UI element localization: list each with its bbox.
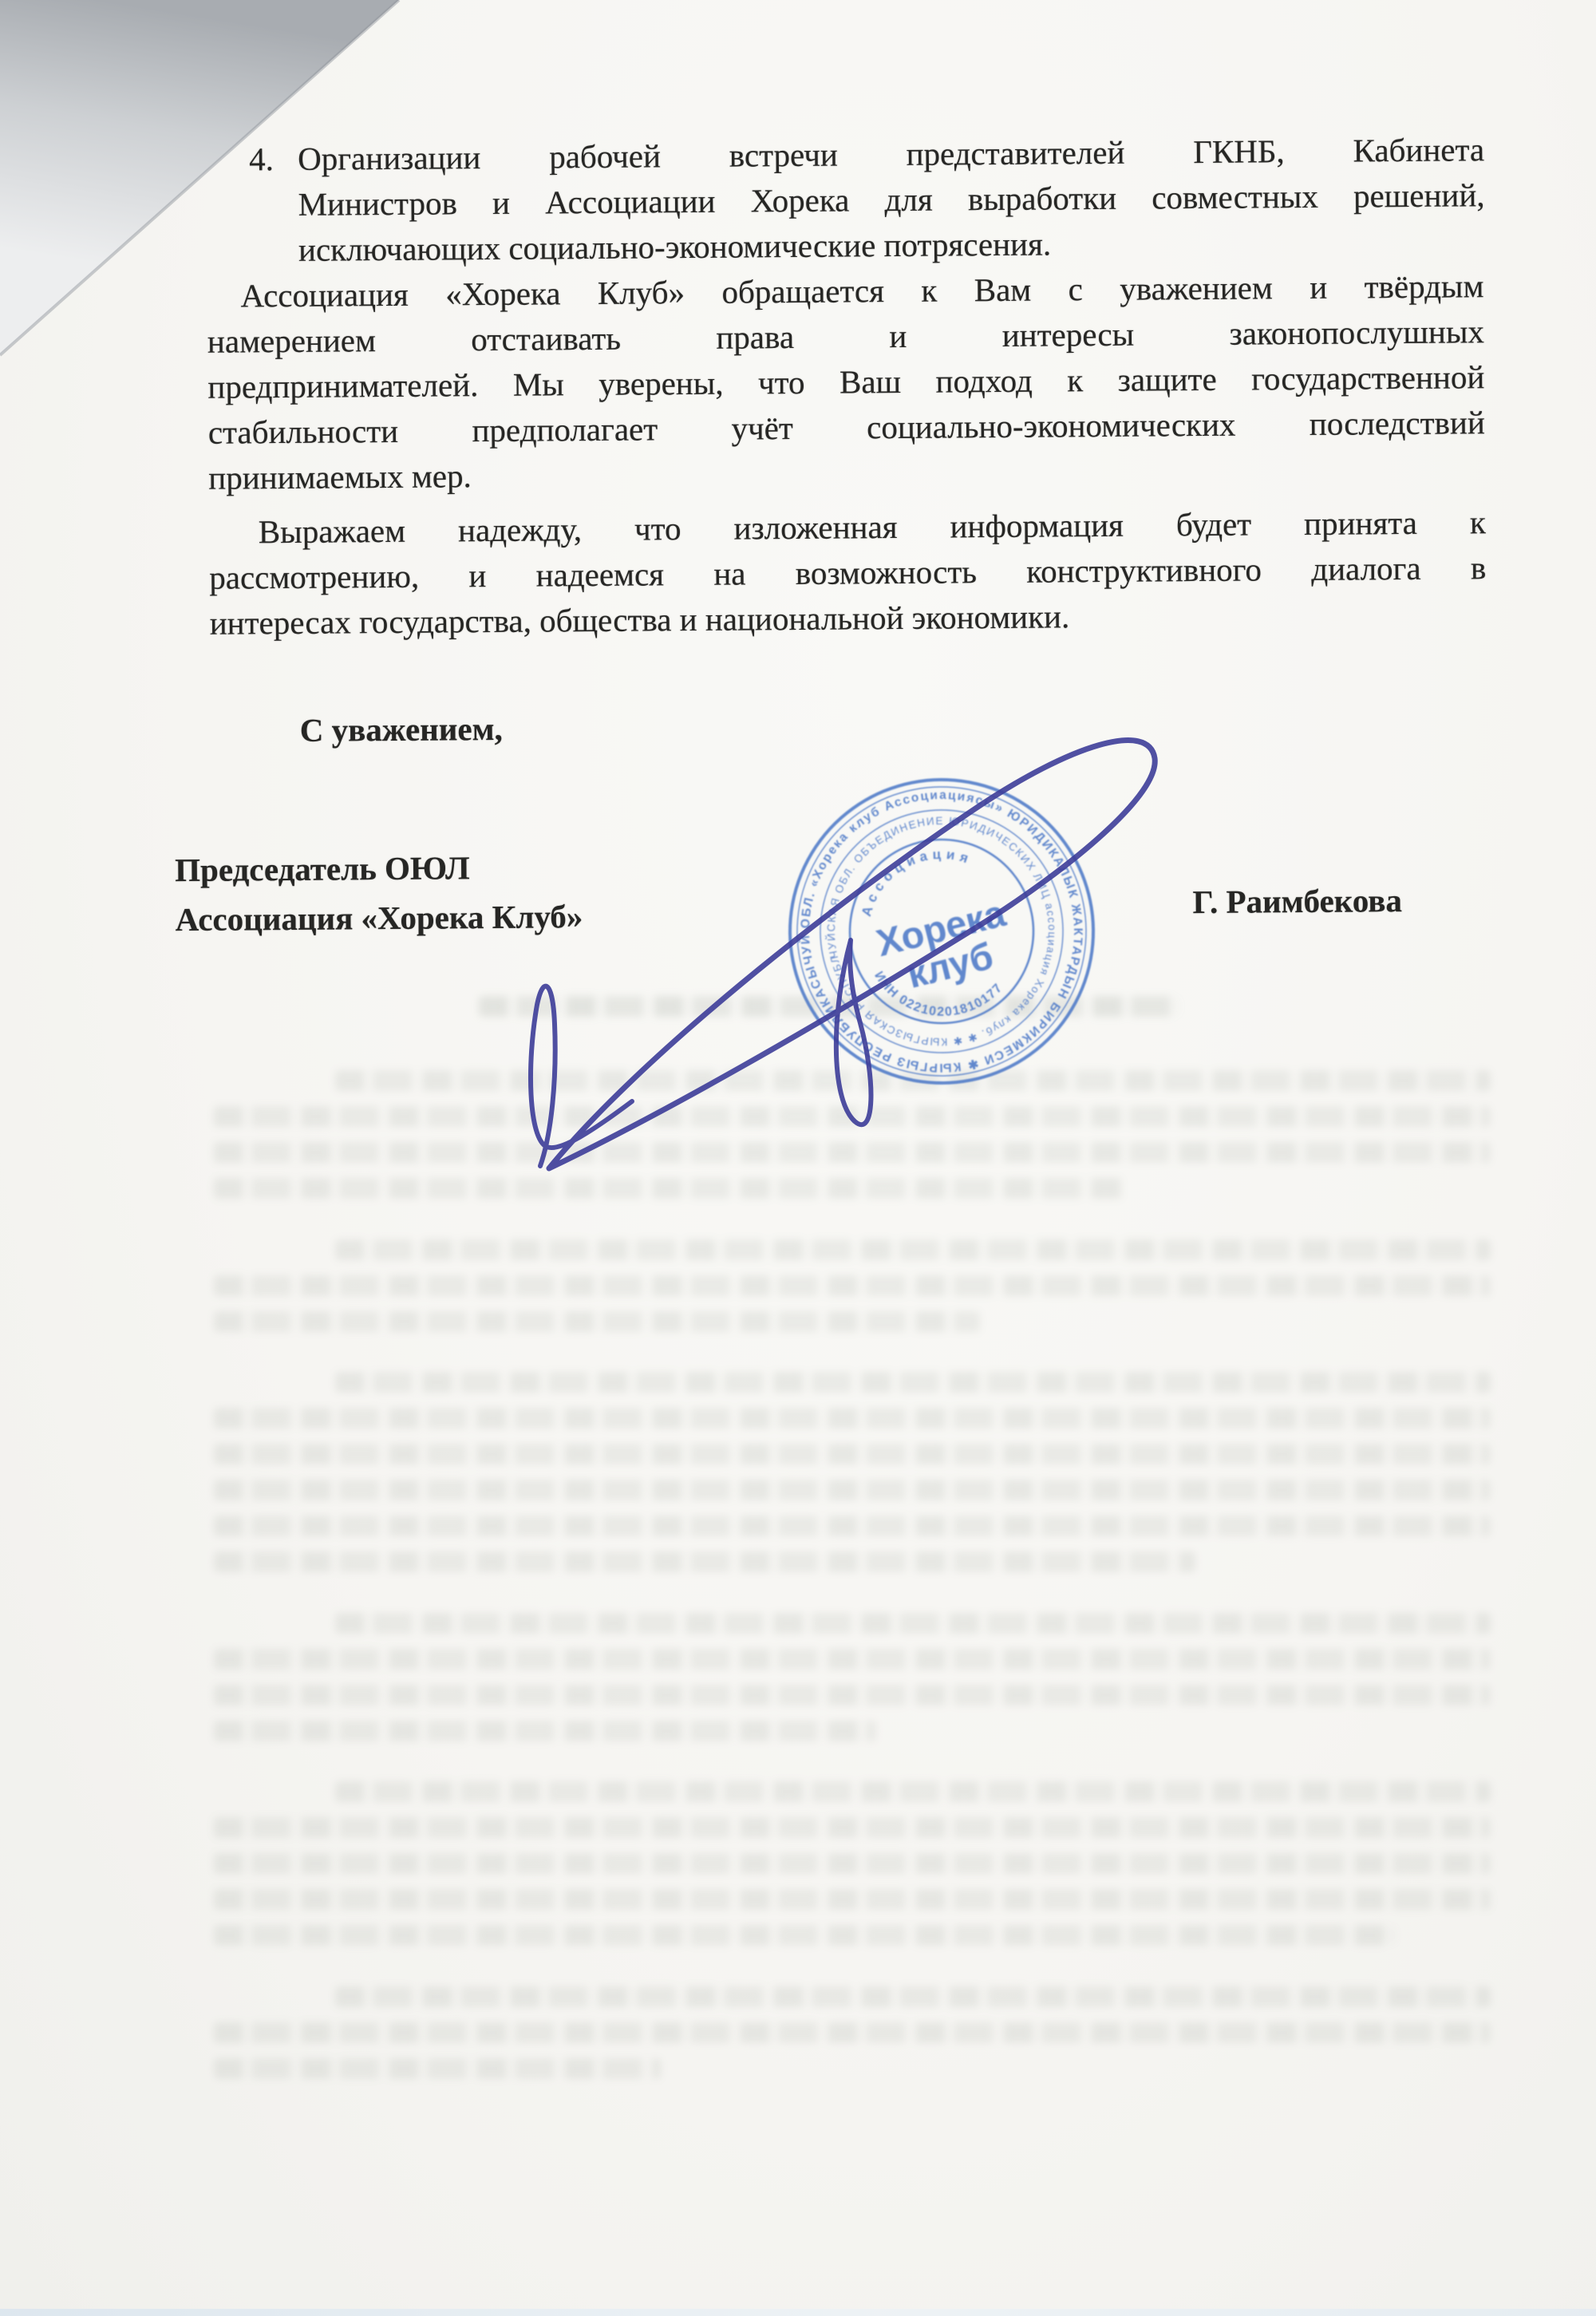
signer-title-line1: Председатель ОЮЛ: [175, 845, 470, 893]
letter-line: интересах государства, общества и национ…: [209, 591, 1486, 646]
letter-line: принимаемых мер.: [208, 445, 1485, 501]
letter-line: Министров и Ассоциации Хорека для вырабо…: [298, 172, 1484, 227]
signer-name: Г. Раимбекова: [1192, 878, 1402, 925]
signer-title-line2: Ассоциация «Хорека Клуб»: [175, 894, 583, 943]
paragraph-hope: Выражаем надежду, что изложенная информа…: [209, 500, 1487, 646]
closing-salutation: С уважением,: [300, 706, 503, 753]
list-item-4: Организации рабочей встречи представител…: [298, 127, 1485, 273]
list-item-number: 4.: [249, 136, 274, 182]
letter-text-layer: 4. Организации рабочей встречи представи…: [0, 0, 1596, 2316]
paragraph-appeal: Ассоциация «Хорека Клуб» обращается к Ва…: [207, 263, 1485, 501]
scan-edge-artifact: [0, 2309, 1596, 2316]
scanned-letter-page: 4. Организации рабочей встречи представи…: [0, 0, 1596, 2316]
